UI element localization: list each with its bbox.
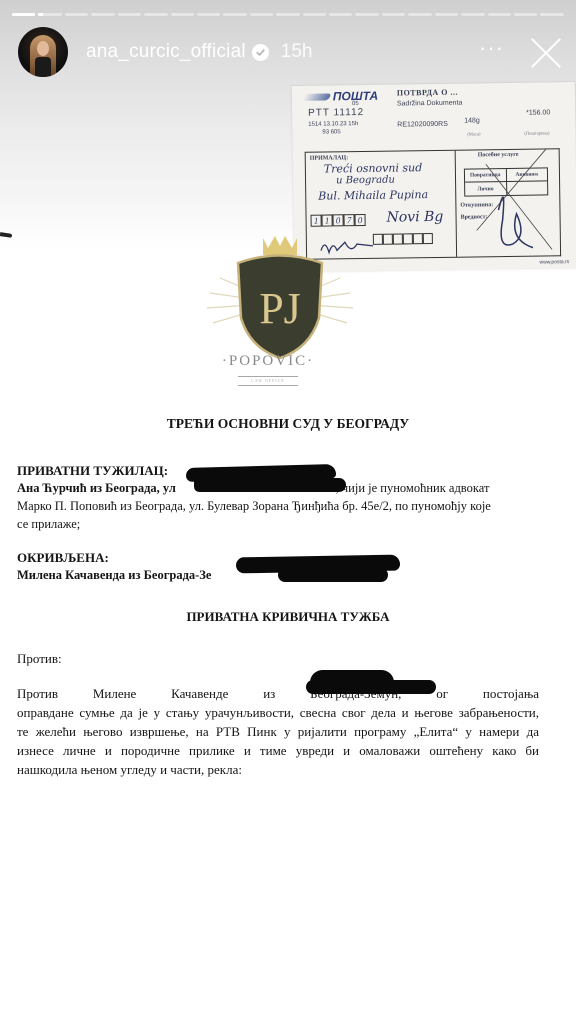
progress-segment [408,13,431,16]
lawsuit-body: Против Милене Качавенде из Београда-Зему… [17,684,539,779]
progress-segment [329,13,352,16]
close-icon[interactable] [530,36,562,68]
progress-segment [38,13,61,16]
postal-code-boxes: 11070 [311,214,366,227]
recipient-line: Bul. Mihaila Pupina [318,188,428,203]
progress-segment [355,13,378,16]
progress-segment [144,13,167,16]
avatar[interactable] [18,27,68,77]
body-line: оправдане сумње да је у стању урачунљиво… [17,703,539,722]
progress-segment [540,13,563,16]
defendant-label: ОКРИВЉЕНА: [17,549,109,567]
plaintiff-label: ПРИВАТНИ ТУЖИЛАЦ: [17,462,168,480]
progress-segment [435,13,458,16]
against-label: Против: [17,650,62,668]
progress-segment [65,13,88,16]
body-line: Против Милене Качавенде из Београда-Зему… [17,684,539,703]
progress-segment [223,13,246,16]
story-header: ana_curcic_official 15h ··· [18,27,562,77]
progress-segment [382,13,405,16]
body-line: нашкодила њеном угледу и части, рекла: [17,760,539,779]
progress-segment [118,13,141,16]
svg-text:PJ: PJ [259,284,301,333]
username[interactable]: ana_curcic_official [86,41,246,63]
plaintiff-line-3: се прилаже; [17,515,80,533]
recipient-line: u Beogradu [336,175,395,187]
more-horizontal-icon[interactable]: ··· [479,37,504,67]
plaintiff-line-2: Марко П. Поповић из Београда, ул. Булева… [17,497,491,515]
signature [456,149,561,258]
progress-segment [488,13,511,16]
posted-time: 15h [281,41,313,63]
firm-name: ·POPOVIC· [208,353,328,370]
lawsuit-title: ПРИВАТНА КРИВИЧНА ТУЖБА [0,609,576,625]
story-progress-bar [12,13,564,16]
receipt-website: www.posta.rs [539,259,569,265]
recipient-city: Novi Bg [386,209,443,226]
receipt-ptt: PTT 11112 [308,107,364,119]
progress-segment [91,13,114,16]
progress-segment [514,13,537,16]
price-caption: (Поштарина) [524,130,549,135]
redaction-mark [306,680,436,694]
receipt-weight: 148g [464,117,480,124]
court-title: ТРЕЋИ ОСНОВНИ СУД У БЕОГРАДУ [0,416,576,432]
progress-segment [12,13,35,16]
receipt-content-label: Sadržina Dokumenta [397,100,462,108]
progress-segment [276,13,299,16]
receipt-title: ПОТВРДА О ... [397,88,458,98]
redaction-mark [194,478,346,492]
progress-segment [197,13,220,16]
recipient-line: Treći osnovni sud [324,161,423,175]
weight-caption: (Маса) [467,131,480,136]
recipient-label: ПРИМАЛАЦ: [310,155,349,162]
body-line: те желећи његово извршење, на РТВ Пинк у… [17,722,539,741]
receipt-price: *156.00 [526,109,550,116]
posta-logo: ПОШТА [304,89,378,104]
body-line: изнесе личне и породичне прилике и тиме … [17,741,539,760]
firm-subtitle: LAW OFFICE [238,376,298,386]
redaction-mark [278,568,388,582]
verified-badge-icon [252,44,269,61]
receipt-tracking-number: RE12020090RS [397,121,448,129]
firm-logo-emblem: PJ [205,233,355,395]
progress-segment [171,13,194,16]
receipt-stamp: 1514 13.10.23 15h 93 605 [308,120,358,137]
address-code-boxes [373,233,433,245]
progress-segment [461,13,484,16]
progress-segment [250,13,273,16]
defendant-name: Милена Качавенда из Београда-Зе [17,566,211,584]
special-services-box: Посебне услуге ПовратницаАвионом Лично О… [456,148,561,257]
progress-segment [303,13,326,16]
